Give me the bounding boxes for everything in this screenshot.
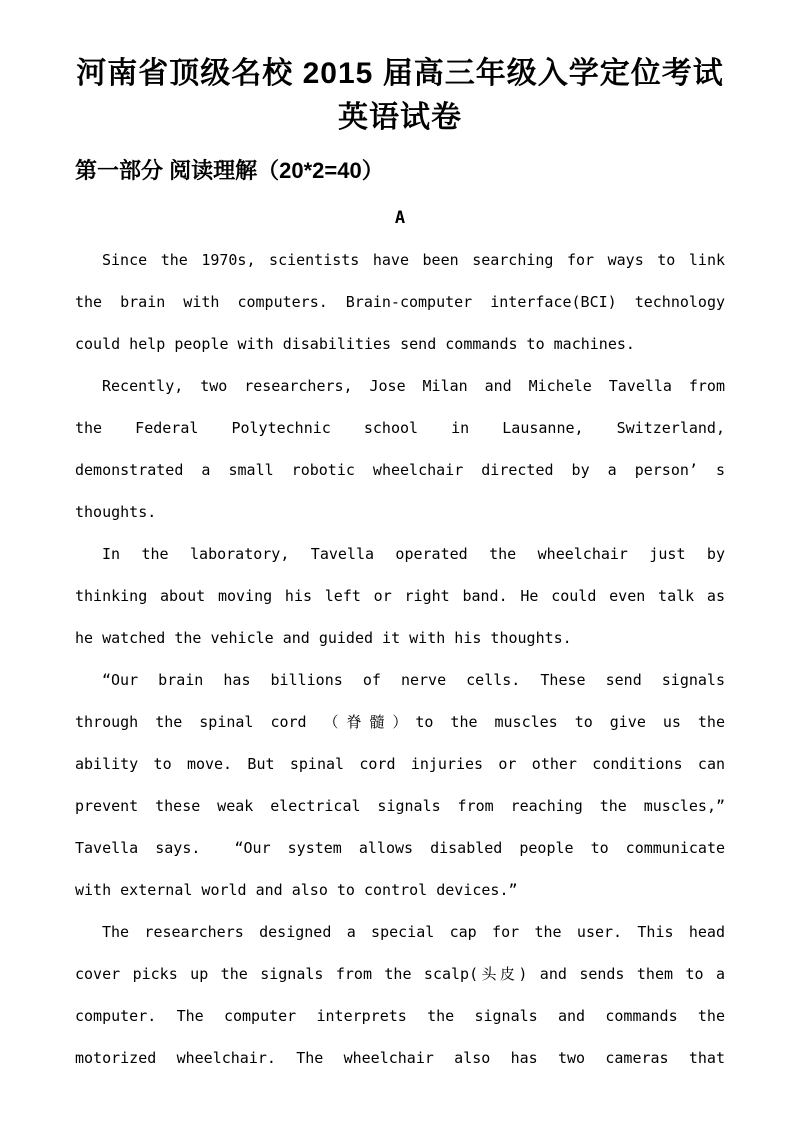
- text-line: motorized wheelchair. The wheelchair als…: [75, 1037, 725, 1079]
- text-line: demonstrated a small robotic wheelchair …: [75, 449, 725, 491]
- text-line: ability to move. But spinal cord injurie…: [75, 743, 725, 785]
- text-line: prevent these weak electrical signals fr…: [75, 785, 725, 827]
- text-line: Recently, two researchers, Jose Milan an…: [75, 365, 725, 407]
- passage-label: A: [75, 197, 725, 239]
- text-line: cover picks up the signals from the scal…: [75, 953, 725, 995]
- text-line: could help people with disabilities send…: [75, 323, 725, 365]
- text-line: he watched the vehicle and guided it wit…: [75, 617, 725, 659]
- paragraph: Since the 1970s, scientists have been se…: [75, 239, 725, 365]
- text-line: computer. The computer interprets the si…: [75, 995, 725, 1037]
- paragraph: Recently, two researchers, Jose Milan an…: [75, 365, 725, 533]
- text-line: with external world and also to control …: [75, 869, 725, 911]
- document-title-line2: 英语试卷: [75, 96, 725, 140]
- text-line: Tavella says. “Our system allows disable…: [75, 827, 725, 869]
- text-line: the Federal Polytechnic school in Lausan…: [75, 407, 725, 449]
- text-line: thoughts.: [75, 491, 725, 533]
- text-line: through the spinal cord （脊髓）to the muscl…: [75, 701, 725, 743]
- section-heading: 第一部分 阅读理解（20*2=40）: [75, 150, 725, 192]
- text-line: thinking about moving his left or right …: [75, 575, 725, 617]
- paragraph: The researchers designed a special cap f…: [75, 911, 725, 1079]
- text-line: “Our brain has billions of nerve cells. …: [75, 659, 725, 701]
- text-line: the brain with computers. Brain-computer…: [75, 281, 725, 323]
- passage-body: Since the 1970s, scientists have been se…: [75, 239, 725, 1079]
- document-page: 河南省顶级名校 2015 届高三年级入学定位考试 英语试卷 第一部分 阅读理解（…: [0, 0, 800, 1132]
- document-title-line1: 河南省顶级名校 2015 届高三年级入学定位考试: [75, 52, 725, 96]
- text-line: The researchers designed a special cap f…: [75, 911, 725, 953]
- paragraph: In the laboratory, Tavella operated the …: [75, 533, 725, 659]
- document-title: 河南省顶级名校 2015 届高三年级入学定位考试 英语试卷: [75, 52, 725, 140]
- text-line: In the laboratory, Tavella operated the …: [75, 533, 725, 575]
- text-line: Since the 1970s, scientists have been se…: [75, 239, 725, 281]
- paragraph: “Our brain has billions of nerve cells. …: [75, 659, 725, 911]
